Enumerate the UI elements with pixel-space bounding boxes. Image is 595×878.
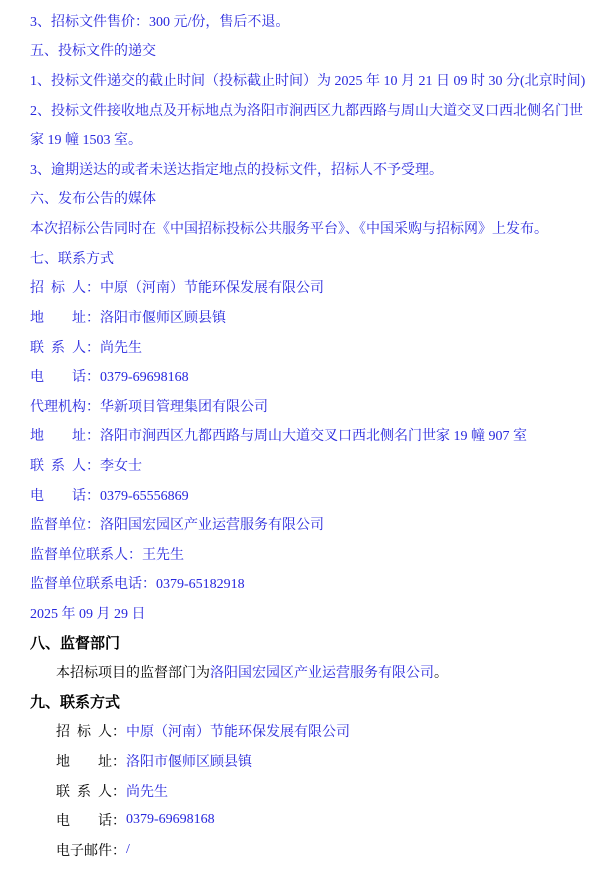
text-segment: 0379-69698168 [126,812,215,828]
text-segment: 联 系 人： [56,781,126,801]
text-segment: 联 系 人：李女士 [30,455,142,475]
agency-address-line: 地 址：洛阳市涧西区九都西路与周山大道交叉口西北侧名门世家 19 幢 907 室 [30,421,577,451]
supervisor-phone-line: 监督单位联系电话：0379-65182918 [30,569,577,599]
text-segment: 招 标 人： [56,721,126,741]
submission-address-line-2: 家 19 幢 1503 室。 [30,124,577,154]
supervision-dept-line: 本招标项目的监督部门为洛阳国宏园区产业运营服务有限公司。 [30,657,577,687]
text-segment: 。 [434,662,448,682]
section-9-heading: 九、联系方式 [30,687,577,717]
text-segment: 地 址：洛阳市涧西区九都西路与周山大道交叉口西北侧名门世家 19 幢 907 室 [30,425,527,445]
text-segment: 监督单位联系人：王先生 [30,544,184,564]
text-segment: 九、联系方式 [30,691,120,712]
text-segment: 3、逾期送达的或者未送达指定地点的投标文件，招标人不予受理。 [30,159,443,179]
text-segment: 监督单位联系电话：0379-65182918 [30,573,245,593]
date-line: 2025 年 09 月 29 日 [30,598,577,628]
agency-line: 代理机构：华新项目管理集团有限公司 [30,391,577,421]
agency-phone-line: 电 话：0379-65556869 [30,480,577,510]
text-segment: 监督单位：洛阳国宏园区产业运营服务有限公司 [30,514,324,534]
text-segment: 本招标项目的监督部门为 [56,662,210,682]
submission-address-line-1: 2、投标文件接收地点及开标地点为洛阳市涧西区九都西路与周山大道交叉口西北侧名门世 [30,95,577,125]
text-segment: 1、投标文件递交的截止时间（投标截止时间）为 2025 年 10 月 21 日 … [30,70,585,90]
text-segment: 尚先生 [126,781,168,801]
deadline-line: 1、投标文件递交的截止时间（投标截止时间）为 2025 年 10 月 21 日 … [30,65,577,95]
text-segment: 电 话：0379-69698168 [30,366,189,386]
text-segment: 洛阳国宏园区产业运营服务有限公司 [210,662,434,682]
text-segment: 中原（河南）节能环保发展有限公司 [126,721,350,741]
section-7-heading: 七、联系方式 [30,243,577,273]
text-segment: 代理机构：华新项目管理集团有限公司 [30,396,268,416]
media-line: 本次招标公告同时在《中国招标投标公共服务平台》、《中国采购与招标网》上发布。 [30,213,577,243]
contact-email-line: 电子邮件：/ [30,835,577,865]
supervisor-contact-line: 监督单位联系人：王先生 [30,539,577,569]
section-8-heading: 八、监督部门 [30,628,577,658]
late-submission-line: 3、逾期送达的或者未送达指定地点的投标文件，招标人不予受理。 [30,154,577,184]
contact-person-line: 联 系 人：尚先生 [30,776,577,806]
text-segment: 洛阳市偃师区顾县镇 [126,751,252,771]
text-segment: 六、发布公告的媒体 [30,188,156,208]
text-segment: 联 系 人：尚先生 [30,337,142,357]
text-segment: 电子邮件： [56,840,126,860]
text-segment: 地 址：洛阳市偃师区顾县镇 [30,307,226,327]
text-segment: 招 标 人：中原（河南）节能环保发展有限公司 [30,277,324,297]
supervisor-unit-line: 监督单位：洛阳国宏园区产业运营服务有限公司 [30,509,577,539]
agency-contact-line: 联 系 人：李女士 [30,450,577,480]
text-segment: 2、投标文件接收地点及开标地点为洛阳市涧西区九都西路与周山大道交叉口西北侧名门世 [30,100,583,120]
doc-price-line: 3、招标文件售价：300 元/份，售后不退。 [30,6,577,36]
text-segment: 八、监督部门 [30,632,120,653]
tenderer-line: 招 标 人：中原（河南）节能环保发展有限公司 [30,272,577,302]
document-body: 3、招标文件售价：300 元/份，售后不退。五、投标文件的递交1、投标文件递交的… [30,6,577,865]
text-segment: 五、投标文件的递交 [30,40,156,60]
text-segment: 本次招标公告同时在《中国招标投标公共服务平台》、《中国采购与招标网》上发布。 [30,218,548,238]
contact-tenderer-line: 招 标 人：中原（河南）节能环保发展有限公司 [30,717,577,747]
text-segment: 家 19 幢 1503 室。 [30,129,142,149]
tenderer-address-line: 地 址：洛阳市偃师区顾县镇 [30,302,577,332]
text-segment: 3、招标文件售价：300 元/份，售后不退。 [30,11,289,31]
section-5-heading: 五、投标文件的递交 [30,36,577,66]
text-segment: 七、联系方式 [30,248,114,268]
tender-announcement-document: 3、招标文件售价：300 元/份，售后不退。五、投标文件的递交1、投标文件递交的… [0,0,595,878]
tenderer-phone-line: 电 话：0379-69698168 [30,361,577,391]
text-segment: 地 址： [56,751,126,771]
tenderer-contact-line: 联 系 人：尚先生 [30,332,577,362]
text-segment: / [126,842,130,858]
section-6-heading: 六、发布公告的媒体 [30,184,577,214]
text-segment: 2025 年 09 月 29 日 [30,603,146,623]
contact-address-line: 地 址：洛阳市偃师区顾县镇 [30,746,577,776]
text-segment: 电 话：0379-65556869 [30,485,189,505]
text-segment: 电 话： [56,810,126,830]
contact-phone-line: 电 话：0379-69698168 [30,805,577,835]
